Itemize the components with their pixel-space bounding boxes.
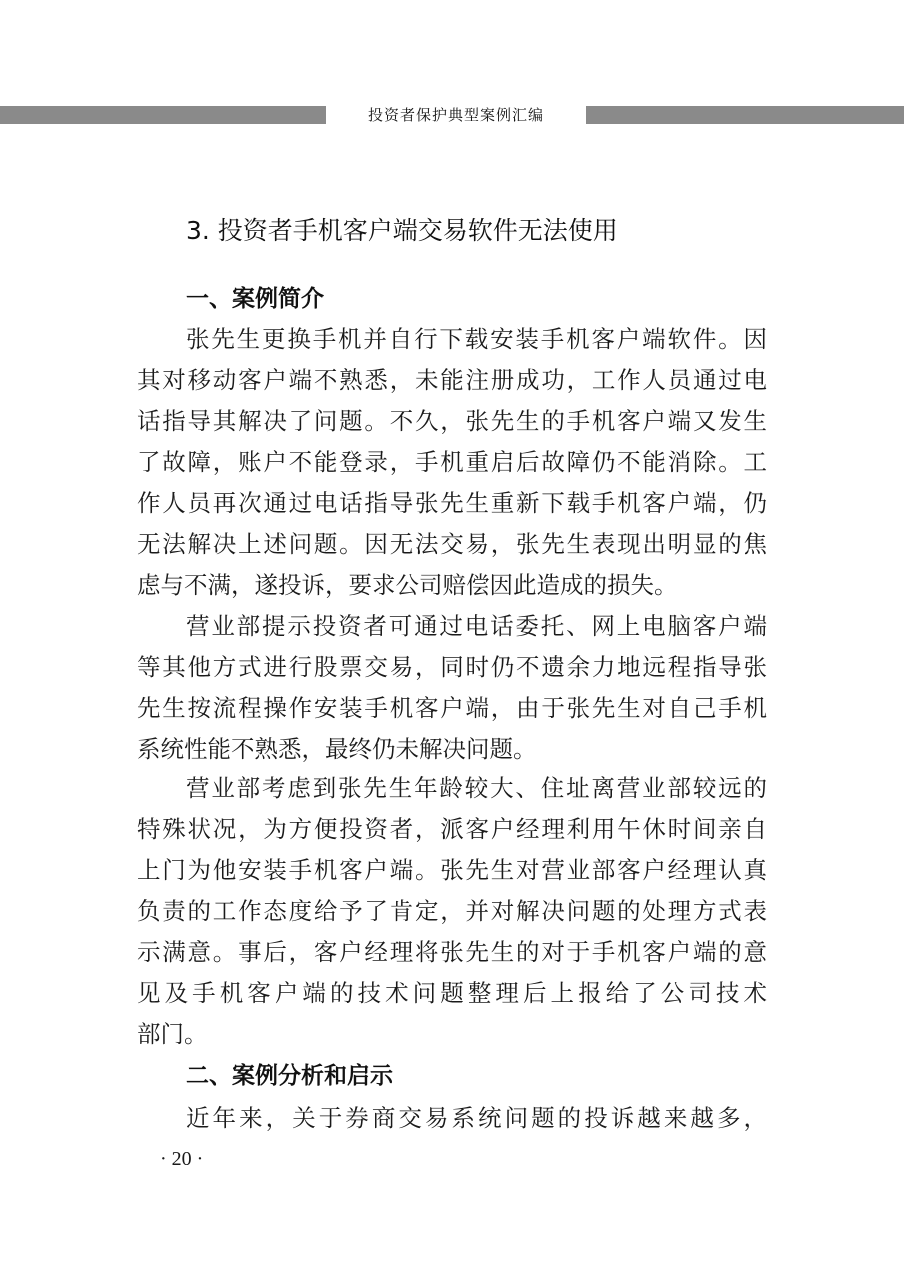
text-line: 作人员再次通过电话指导张先生重新下载手机客户端，仍: [137, 487, 767, 519]
text-line: 营业部考虑到张先生年龄较大、住址离营业部较远的: [186, 772, 767, 804]
text-line: 特殊状况，为方便投资者，派客户经理利用午休时间亲自: [137, 813, 767, 845]
section-heading-analysis: 二、案例分析和启示: [186, 1060, 393, 1092]
text-line: 见及手机客户端的技术问题整理后上报给了公司技术: [137, 977, 767, 1009]
running-title: 投资者保护典型案例汇编: [326, 104, 586, 126]
page-number: · 20 ·: [160, 1146, 203, 1172]
text-line: 先生按流程操作安装手机客户端，由于张先生对自己手机: [137, 692, 767, 724]
text-line: 负责的工作态度给予了肯定，并对解决问题的处理方式表: [137, 895, 767, 927]
text-line: 系统性能不熟悉，最终仍未解决问题。: [137, 733, 767, 765]
text-line: 示满意。事后，客户经理将张先生的对于手机客户端的意: [137, 936, 767, 968]
text-line: 张先生更换手机并自行下载安装手机客户端软件。因: [186, 323, 767, 355]
text-line: 部门。: [137, 1018, 767, 1050]
section-heading-case-summary: 一、案例简介: [186, 283, 324, 315]
text-line: 无法解决上述问题。因无法交易，张先生表现出明显的焦: [137, 528, 767, 560]
header-bar-right: [586, 106, 904, 124]
text-line: 近年来，关于券商交易系统问题的投诉越来越多，: [186, 1102, 767, 1134]
text-line: 营业部提示投资者可通过电话委托、网上电脑客户端: [186, 610, 767, 642]
text-line: 其对移动客户端不熟悉，未能注册成功，工作人员通过电: [137, 364, 767, 396]
text-line: 话指导其解决了问题。不久，张先生的手机客户端又发生: [137, 405, 767, 437]
text-line: 上门为他安装手机客户端。张先生对营业部客户经理认真: [137, 854, 767, 886]
text-line: 等其他方式进行股票交易，同时仍不遗余力地远程指导张: [137, 651, 767, 683]
text-line: 虑与不满，遂投诉，要求公司赔偿因此造成的损失。: [137, 569, 767, 601]
case-title: 3. 投资者手机客户端交易软件无法使用: [186, 214, 618, 248]
text-line: 了故障，账户不能登录，手机重启后故障仍不能消除。工: [137, 446, 767, 478]
header-bar-left: [0, 106, 326, 124]
